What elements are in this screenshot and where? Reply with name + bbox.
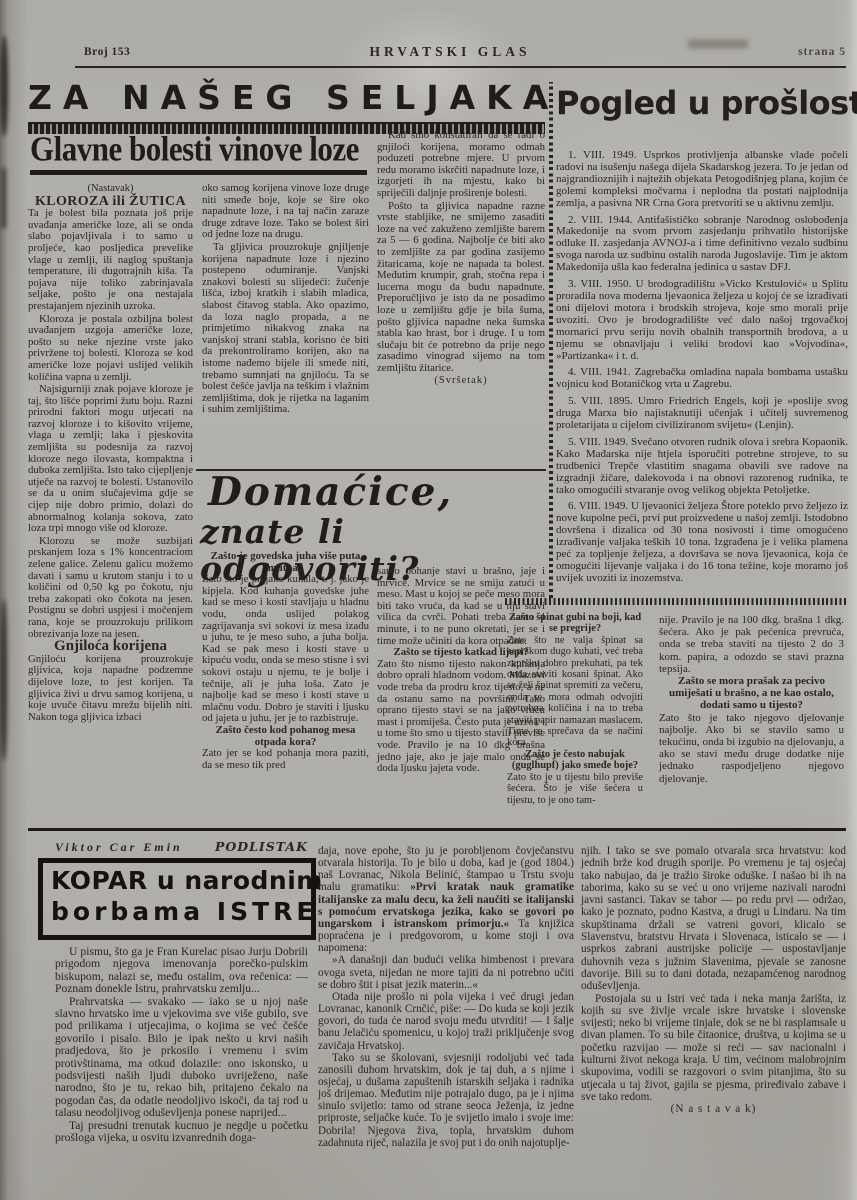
podlistak-paragraph: Prahrvatska — svakako — iako se u njoj n… [55,996,308,1120]
kopar-title-box: KOPAR u narodnim borbama ISTRE [38,858,316,940]
quiz-question: Zašto često kod pohanog mesa otpada kora… [202,725,369,748]
quiz-question: Zašto je često nabujak (guglhupf) jako s… [507,749,643,772]
issue-number: Broj 153 [84,46,130,58]
page-number: strana 5 [766,46,846,58]
quiz-answer: Zato što je u tijestu bilo previše šećer… [507,772,643,806]
podlistak-column-1: U pismu, što ga je Fran Kurelac pisao Ju… [55,946,308,1145]
pogled-entry: 4. VIII. 1941. Zagrebačka omladina napal… [556,367,848,391]
kopar-title-line-2: borbama ISTRE [51,896,303,927]
article-column-3: Kad smo konstatirali da se radi o gnjilo… [377,130,545,388]
quiz-question: Zašto špinat gubi na boji, kad se pregri… [507,612,643,635]
article-paragraph: Kloroza je postala ozbiljna bolest uvađa… [28,314,193,384]
pogled-section-title: Pogled u prošlost [556,84,848,122]
article-paragraph: Kad smo konstatirali da se radi o gnjilo… [377,130,545,200]
pogled-entry: 5. VIII. 1949. Svečano otvoren rudnik ol… [556,437,848,497]
article-paragraph: Klorozu se može suzbijati prskanjem loza… [28,536,193,640]
quiz-question: Zašto se mora prašak za pecivo umiješati… [659,675,844,712]
quiz-answer: Zato što je tako njegovo djelovanje najb… [659,712,844,785]
quiz-answer: Zato što ne valja špinat sa zaprškom dug… [507,635,643,749]
kopar-title-line-1: KOPAR u narodnim [51,865,303,896]
pogled-entry: 5. VIII. 1895. Umro Friedrich Engels, ko… [556,396,848,432]
article-paragraph: Gnjiloću korijena prouzrokuje gljivica, … [28,654,193,724]
article-paragraph: Ta gljivica prouzrokuje gnjiljenje korij… [202,242,369,416]
pogled-entry: 3. VIII. 1950. U brodogradilištu »Vicko … [556,279,848,362]
pogled-entry: 6. VIII. 1949. U ljevaonici željeza Štor… [556,501,848,584]
article-title-underline [30,170,367,175]
gnjiloca-heading: Gnjiloća korijena [28,641,193,653]
quiz-answer: Zato što je prejako kuhala, t. j. jako j… [202,574,369,725]
header-rule [75,66,846,68]
article-paragraph: Ta je bolest bila poznata još prije uvađ… [28,208,193,312]
podlistak-paragraph: Postojala su u Istri već tada i neka man… [581,993,846,1104]
column-divider-vertical [549,82,553,598]
quiz-answer: Zato jer se kod pohanja mora paziti, da … [202,748,369,771]
podlistak-rubric: PODLISTAK [215,839,308,854]
article-column-2: oko samog korijena vinove loze druge nit… [202,183,369,417]
paper-smudge-left-upper [1,168,6,228]
newspaper-page: Broj 153 HRVATSKI GLAS strana 5 ZA NAŠEG… [0,0,857,1200]
paper-smudge-left-mid [0,600,7,760]
podlistak-column-3: njih. I tako se sve pomalo otvarala srca… [581,845,846,1116]
quiz-column-4: nije. Pravilo je na 100 dkg. brašna 1 dk… [659,614,844,785]
quiz-column-3: Zašto špinat gubi na boji, kad se pregri… [507,612,643,806]
ornament-rule-horizontal [505,598,848,605]
podlistak-paragraph: Tako su se školovani, svjesniji rodoljub… [318,1052,574,1149]
podlistak-paragraph: njih. I tako se sve pomalo otvarala srca… [581,845,846,993]
podlistak-paragraph: Taj presudni trenutak kucnuo je negdje u… [55,1120,308,1145]
pogled-entry: 1. VIII. 1949. Usprkos protivljenja alba… [556,150,848,210]
quiz-question: Zašto je govedska juha više puta mutna? [202,551,369,574]
article-paragraph: oko samog korijena vinove loze druge nit… [202,183,369,241]
podlistak-author: Viktor Car Emin [55,840,183,855]
paper-smudge-left-top [0,36,8,136]
continuation-note: (Nastavak) [28,183,193,195]
podlistak-paragraph: daja, nove epohe, što ju je porobljenom … [318,845,574,954]
section-banner-za-naseg-seljaka: ZA NAŠEG SELJAKA [28,78,548,117]
quiz-answer: nije. Pravilo je na 100 dkg. brašna 1 dk… [659,614,844,675]
paper-stain-top [688,40,748,48]
podlistak-paragraph: U pismu, što ga je Fran Kurelac pisao Ju… [55,946,308,996]
quiz-title-line-1: Domaćice, [200,471,548,513]
pogled-entry: 2. VIII. 1944. Antifašističko sobranje N… [556,215,848,275]
podlistak-byline-row: Viktor Car Emin PODLISTAK [55,839,308,855]
pogled-column: 1. VIII. 1949. Usprkos protivljenja alba… [556,150,848,598]
kloroza-heading: KLOROZA ili ŽUTICA [28,196,193,208]
podlistak-column-2: daja, nove epohe, što ju je porobljenom … [318,845,574,1149]
podlistak-paragraph: »A današnji dan budući velika himbenost … [318,954,574,990]
section-divider-rule [28,828,846,831]
continuation-note-bottom: (N a s t a v a k) [581,1103,846,1115]
quiz-column-1: Zašto je govedska juha više puta mutna? … [202,551,369,771]
article-paragraph: Najsigurniji znak pojave kloroze je taj,… [28,384,193,535]
article-paragraph: Pošto ta gljivica napadne razne vrste st… [377,201,545,375]
article-column-1: (Nastavak) KLOROZA ili ŽUTICA Ta je bole… [28,183,193,724]
masthead: HRVATSKI GLAS [310,44,590,60]
article-title-vinova-loza: Glavne bolesti vinove loze [30,129,375,169]
end-note: (Svršetak) [377,375,545,387]
podlistak-paragraph: Otada nije prošlo ni pola vijeka i već d… [318,991,574,1052]
